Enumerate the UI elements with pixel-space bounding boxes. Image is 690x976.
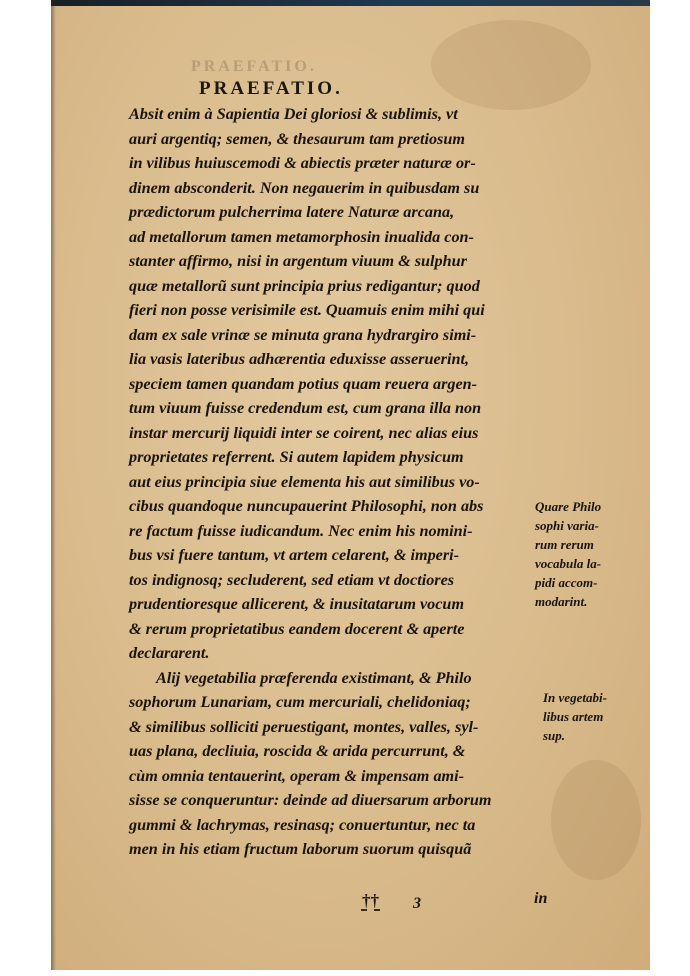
text-line: sisse se conqueruntur: deinde ad diuersa… (129, 788, 539, 813)
signature-mark: †† (361, 893, 380, 911)
paper-stain (431, 20, 591, 110)
page-number: 3 (413, 895, 421, 913)
text-line: prædictorum pulcherrima latere Naturæ ar… (129, 200, 539, 225)
text-line: gummi & lachrymas, resinasq; conuertuntu… (129, 813, 539, 838)
text-line: Absit enim à Sapientia Dei gloriosi & su… (129, 102, 539, 127)
book-page: PRAEFATIO. PRAEFATIO. Absit enim à Sapie… (51, 0, 650, 970)
text-line: tum viuum fuisse credendum est, cum gran… (129, 396, 539, 421)
text-line: re factum fuisse iudicandum. Nec enim hi… (129, 519, 539, 544)
margin-note-line: Quare Philo (535, 497, 601, 516)
text-line: quæ metallorũ sunt principia prius redig… (129, 274, 539, 299)
margin-note-line: sophi varia- (535, 516, 601, 535)
text-line: & similibus solliciti peruestigant, mont… (129, 715, 539, 740)
paragraph-start-line: Alij vegetabilia præferenda existimant, … (129, 666, 539, 691)
margin-note-line: sup. (543, 726, 607, 745)
paper-stain (551, 760, 641, 880)
margin-note-line: In vegetabi- (543, 688, 607, 707)
body-text: Absit enim à Sapientia Dei gloriosi & su… (129, 102, 539, 862)
margin-note-line: rum rerum (535, 535, 601, 554)
running-head: PRAEFATIO. (199, 78, 343, 100)
text-line: & rerum proprietatibus eandem docerent &… (129, 617, 539, 642)
text-line: dam ex sale vrinæ se minuta grana hydrar… (129, 323, 539, 348)
text-line: lia vasis lateribus adhærentia eduxisse … (129, 347, 539, 372)
text-line: in vilibus huiuscemodi & abiectis præter… (129, 151, 539, 176)
text-line: aut eius principia siue elementa his aut… (129, 470, 539, 495)
text-line: instar mercurij liquidi inter se coirent… (129, 421, 539, 446)
text-line: uas plana, decliuia, roscida & arida per… (129, 739, 539, 764)
text-line: auri argentiq; semen, & thesaurum tam pr… (129, 127, 539, 152)
margin-note-line: libus artem (543, 707, 607, 726)
margin-note-line: modarint. (535, 592, 601, 611)
text-line: proprietates referrent. Si autem lapidem… (129, 445, 539, 470)
text-line: cùm omnia tentauerint, operam & impensam… (129, 764, 539, 789)
bleed-through-text: PRAEFATIO. (191, 58, 317, 76)
text-line: sophorum Lunariam, cum mercuriali, cheli… (129, 690, 539, 715)
text-line: speciem tamen quandam potius quam reuera… (129, 372, 539, 397)
text-line: ad metallorum tamen metamorphosin inuali… (129, 225, 539, 250)
text-line: declararent. (129, 641, 539, 666)
text-line: prudentioresque allicerent, & inusitatar… (129, 592, 539, 617)
margin-note-philosophi: Quare Philo sophi varia- rum rerum vocab… (535, 497, 601, 611)
text-line: fieri non posse verisimile est. Quamuis … (129, 298, 539, 323)
text-line: cibus quandoque nuncupauerint Philosophi… (129, 494, 539, 519)
text-line: dinem absconderit. Non negauerim in quib… (129, 176, 539, 201)
margin-note-line: vocabula la- (535, 554, 601, 573)
text-line: men in his etiam fructum laborum suorum … (129, 837, 539, 862)
text-line: bus vsi fuere tantum, vt artem celarent,… (129, 543, 539, 568)
text-line: stanter affirmo, nisi in argentum viuum … (129, 249, 539, 274)
margin-note-vegetabilibus: In vegetabi- libus artem sup. (543, 688, 607, 745)
catchword: in (534, 890, 547, 908)
text-line: tos indignosq; secluderent, sed etiam vt… (129, 568, 539, 593)
margin-note-line: pidi accom- (535, 573, 601, 592)
